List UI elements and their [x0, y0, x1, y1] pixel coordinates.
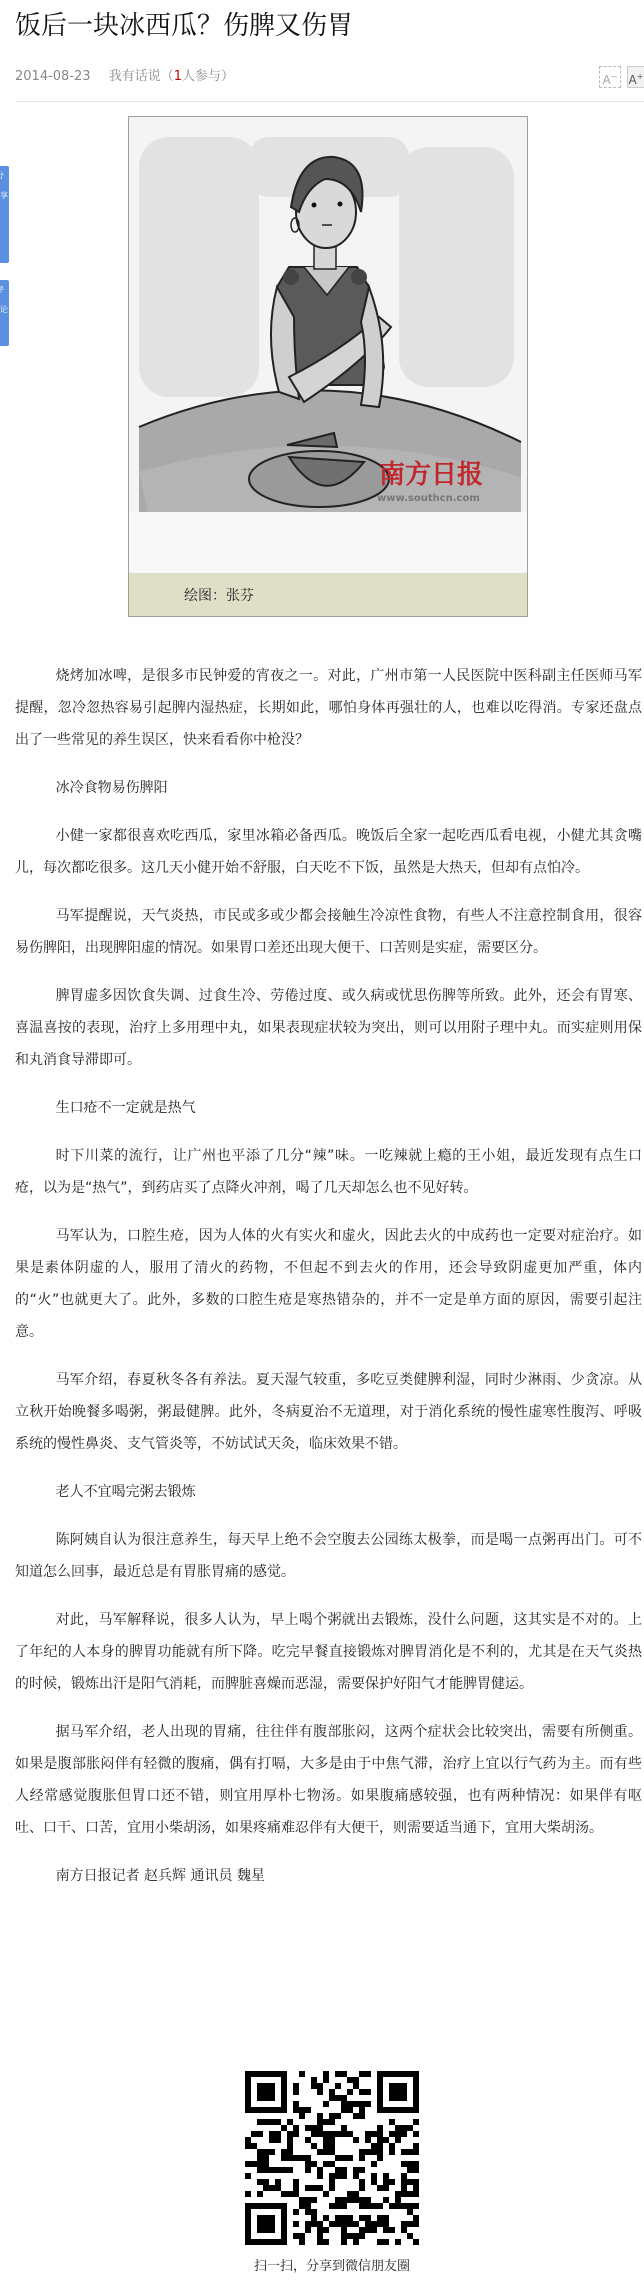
body-paragraph: 陈阿姨自认为很注意养生，每天早上绝不会空腹去公园练太极拳，而是喝一点粥再出门。可… — [15, 1524, 642, 1588]
illustration-image: 南方日报 www.southcn.com — [129, 117, 527, 573]
comment-link[interactable]: 我有话说（1人参与） — [109, 69, 234, 84]
body-paragraph: 马军提醒说，天气炎热，市民或多或少都会接触生冷凉性食物，有些人不注意控制食用，很… — [15, 900, 642, 964]
increase-font-button[interactable]: A+ — [627, 66, 644, 88]
side-tab-label: 分享 — [0, 166, 9, 206]
publish-date: 2014-08-23 — [15, 69, 91, 84]
section-heading: 冰冷食物易伤脾阳 — [15, 772, 642, 804]
minus-icon: − — [611, 72, 618, 81]
font-a-icon: A — [629, 73, 637, 87]
article-figure: 南方日报 www.southcn.com 绘图：张芬 — [128, 116, 528, 617]
body-paragraph: 马军介绍，春夏秋冬各有养法。夏天湿气较重，多吃豆类健脾利湿，同时少淋雨、少贪凉。… — [15, 1364, 642, 1460]
section-heading: 生口疮不一定就是热气 — [15, 1092, 642, 1124]
qr-code-icon — [245, 2071, 419, 2245]
article-body: 烧烤加冰啤，是很多市民钟爱的宵夜之一。对此，广州市第一人民医院中医科副主任医师马… — [15, 660, 642, 1908]
comment-count: 1 — [174, 69, 182, 84]
comment-prefix: 我有话说（ — [109, 69, 174, 84]
body-paragraph: 小健一家都很喜欢吃西瓜，家里冰箱必备西瓜。晚饭后全家一起吃西瓜看电视，小健尤其贪… — [15, 820, 642, 884]
watermark-url: www.southcn.com — [377, 493, 480, 504]
body-paragraph: 马军认为，口腔生疮，因为人体的火有实火和虚火，因此去火的中成药也一定要对症治疗。… — [15, 1220, 642, 1348]
watermark-brand: 南方日报 — [379, 459, 483, 490]
decrease-font-button[interactable]: A− — [599, 66, 621, 88]
body-paragraph: 脾胃虚多因饮食失调、过食生冷、劳倦过度、或久病或忧思伤脾等所致。此外，还会有胃寒… — [15, 980, 642, 1076]
comment-suffix: 人参与） — [182, 69, 234, 84]
body-paragraph: 对此，马军解释说，很多人认为，早上喝个粥就出去锻炼，没什么问题，这其实是不对的。… — [15, 1604, 642, 1700]
article-meta: 2014-08-23 我有话说（1人参与） — [15, 68, 234, 86]
header-divider — [15, 101, 644, 102]
body-paragraph: 时下川菜的流行，让广州也平添了几分“辣”味。一吃辣就上瘾的王小姐，最近发现有点生… — [15, 1140, 642, 1204]
font-a-icon: A — [603, 73, 611, 87]
body-paragraph: 据马军介绍，老人出现的胃痛，往往伴有腹部胀闷，这两个症状会比较突出，需要有所侧重… — [15, 1716, 642, 1844]
share-qr-block: 扫一扫，分享到微信朋友圈 — [245, 2071, 419, 2274]
section-heading: 老人不宜喝完粥去锻炼 — [15, 1476, 642, 1508]
side-tab-comment[interactable]: 评论 — [0, 280, 9, 346]
side-tab-label: 评论 — [0, 280, 9, 320]
body-paragraph: 烧烤加冰啤，是很多市民钟爱的宵夜之一。对此，广州市第一人民医院中医科副主任医师马… — [15, 660, 642, 756]
plus-icon: + — [637, 72, 644, 81]
side-tab-share[interactable]: 分享 — [0, 166, 9, 263]
figure-caption: 绘图：张芬 — [184, 585, 254, 605]
figure-caption-band: 绘图：张芬 — [129, 573, 527, 616]
qr-caption: 扫一扫，分享到微信朋友圈 — [245, 2255, 419, 2274]
section-heading: 南方日报记者 赵兵辉 通讯员 魏星 — [15, 1860, 642, 1892]
article-title: 饭后一块冰西瓜？伤脾又伤胃 — [15, 8, 353, 44]
font-size-controls: A− A+ — [599, 66, 644, 88]
